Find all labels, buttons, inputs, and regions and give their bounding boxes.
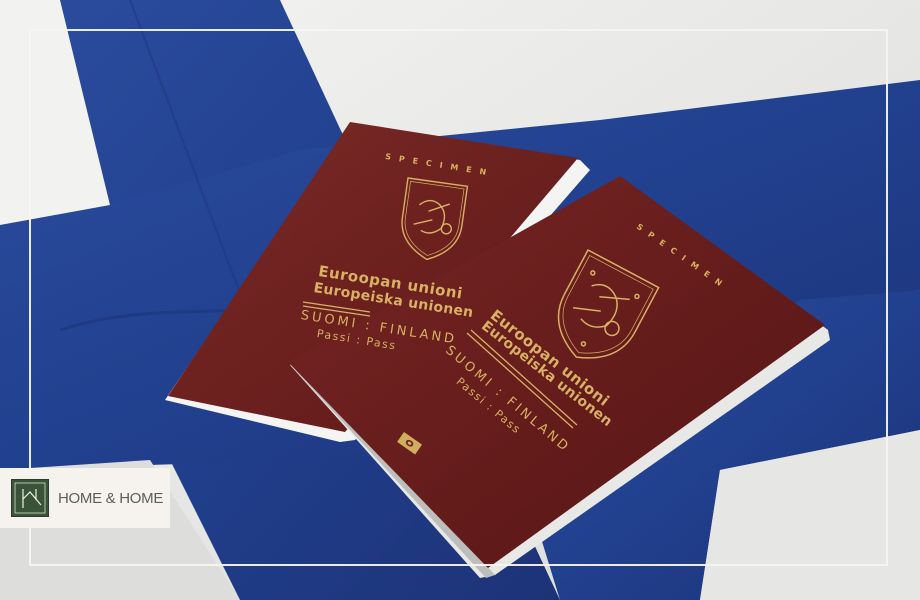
photo-scene: SPECIMEN Euroopan unioni Europeiska unio…: [0, 0, 920, 600]
house-h-icon: [11, 479, 49, 517]
brand-logo: HOME & HOME: [0, 468, 170, 528]
brand-name: HOME & HOME: [58, 490, 163, 507]
